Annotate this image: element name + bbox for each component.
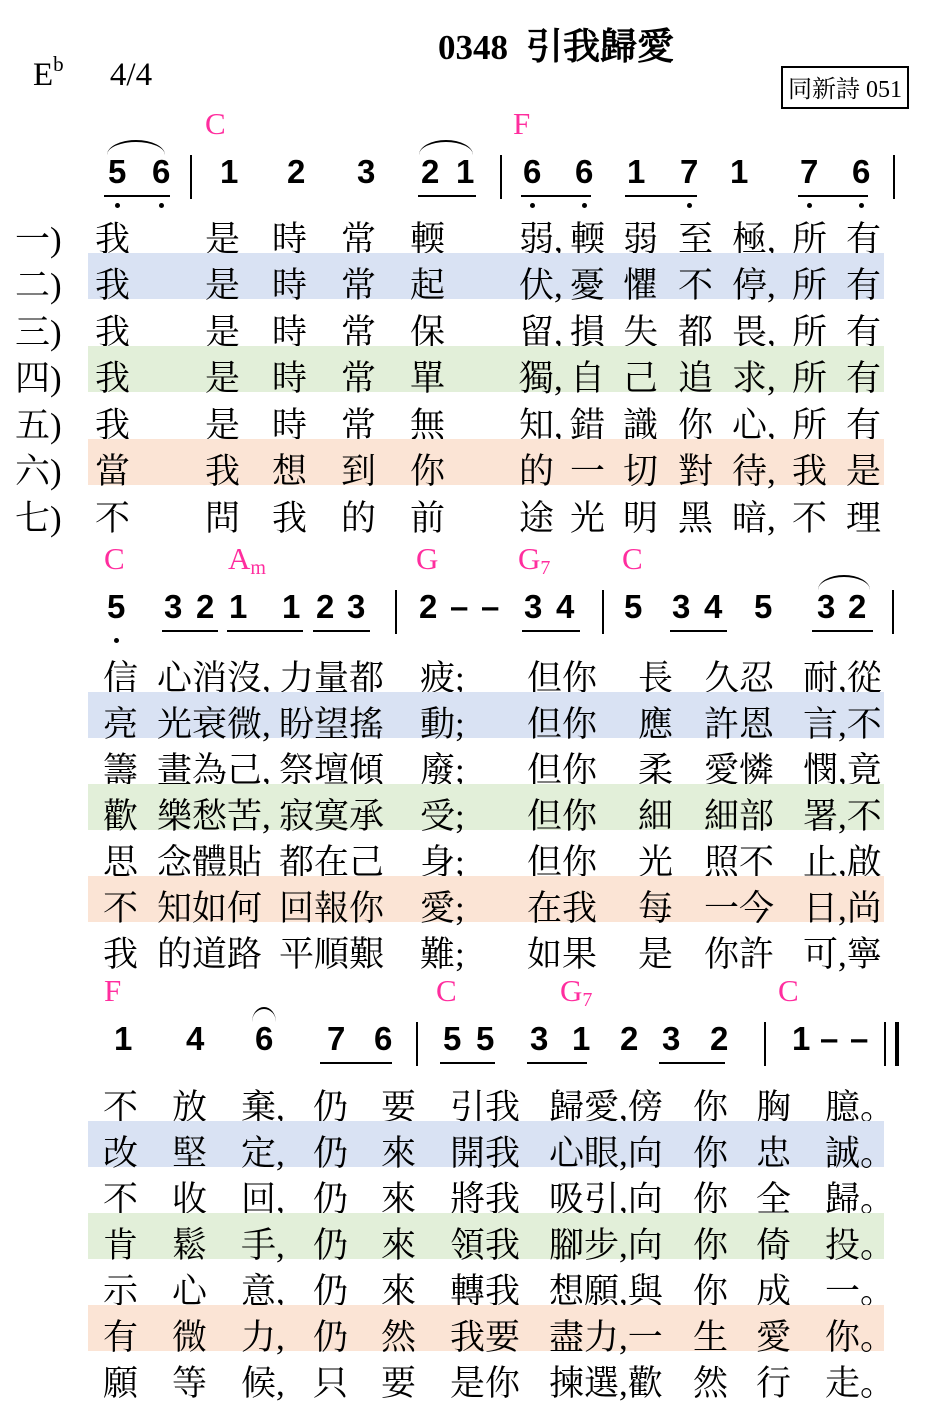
lyric-cell: 言,不 [803,697,882,747]
lyric-row: 三) 我是時常保留,損失都畏,所有 [0,303,928,349]
note-digit: 1 [282,589,300,625]
beam-underline [162,630,218,632]
lyric-cell: 知如何 [157,881,262,931]
lyric-cell: 前 [410,491,445,541]
lyric-cell: 途 [519,491,554,541]
note-digit: 1 [229,589,247,625]
lyric-cell: 願 [103,1356,138,1406]
lyric-cell: 忠 [756,1126,791,1176]
lyric-cell: 仍 [313,1126,348,1176]
beam-underline [527,1062,587,1064]
lyric-cell: 揀選,歡 [549,1356,663,1406]
lyric-cell: 生 [693,1310,728,1360]
lyric-cell: 黑 [678,491,713,541]
lyric-row: 改堅定,仍來開我心眼,向你忠誠。 [0,1124,928,1170]
lyric-cell: 的道路 [157,927,262,977]
lyric-cell: 不 [95,491,130,541]
lyric-row: 二) 我是時常起伏,憂懼不停,所有 [0,256,928,302]
lyric-cell: 你 [693,1126,728,1176]
lyric-row: 願等候,只要是你揀選,歡然行走。 [0,1354,928,1400]
chord-label: C [436,973,457,1012]
note-digit: 3 [662,1021,680,1057]
beam-underline [227,630,303,632]
beam-underline [670,630,727,632]
lyric-cell: 我 [95,258,130,308]
octave-dot [114,638,119,643]
music-line-1: CF 56123216617176 [0,106,928,216]
lyric-cell: 然 [693,1356,728,1406]
note-digit: 2 [196,589,214,625]
lyric-cell: 在我 [527,881,597,931]
lyric-cell: 切 [623,444,658,494]
lyric-cell: 待, [732,444,776,494]
lyric-cell: 暗, [732,491,776,541]
lyric-cell: 常 [341,258,376,308]
note-digit: 7 [680,154,698,190]
lyric-cell: 有 [103,1310,138,1360]
note-digit: 1 [572,1021,590,1057]
octave-dot [687,203,692,208]
lyric-cell: 走。 [825,1356,895,1406]
music-line-3: FCG7C 1467655312321–– [0,973,928,1083]
lyric-cell: 是 [846,444,881,494]
key-flat: b [53,52,64,76]
lyric-cell: 我 [205,444,240,494]
octave-dot [159,203,164,208]
key-signature: Eb 4/4 [33,52,152,94]
note-digit: 5 [107,589,125,625]
lyric-cell: 你 [410,444,445,494]
lyric-cell: 但你 [527,789,597,839]
lyric-cell: 愛 [756,1310,791,1360]
note-digit: 2 [421,154,439,190]
lyric-row: 亮光衰微,盼望搖動;但你應許恩言,不 [0,695,928,741]
note-digit: 7 [800,154,818,190]
octave-dot [115,203,120,208]
note-digit: 6 [374,1021,392,1057]
lyric-cell: 的 [341,491,376,541]
lyric-cell: 腳步,向 [549,1218,663,1268]
music-line-2: CAmGG7C 53211232––34534532 [0,541,928,651]
lyric-cell: 是 [205,351,240,401]
lyric-cell: 是你 [450,1356,520,1406]
lyric-row: 思念體貼都在己身;但你光照不止,啟 [0,833,928,879]
lyric-cell: 時 [272,351,307,401]
lyric-cell: 力, [241,1310,285,1360]
note-digit: 5 [624,589,642,625]
chord-label: F [104,973,121,1012]
chord-label: C [205,106,226,145]
lyric-cell: 問 [205,491,240,541]
lyric-cell: 時 [272,258,307,308]
lyric-cell: 懼 [623,258,658,308]
lyric-cell: 日,尚 [803,881,882,931]
lyric-cell: 想 [272,444,307,494]
lyric-cell: 理 [846,491,881,541]
lyric-cell: 難; [420,927,465,977]
lyric-cell: 所 [792,258,827,308]
beam-underline [313,630,370,632]
note-digit: 1 [792,1021,810,1057]
beam-underline [440,1062,495,1064]
lyric-cell: 你許 [704,927,774,977]
lyric-cell: 署,不 [803,789,882,839]
beam-underline [521,195,591,197]
lyric-cell: 寂寞承 [279,789,384,839]
lyric-cell: 有 [846,351,881,401]
hymn-title-text: 引我歸愛 [526,27,674,68]
note-digit: 5 [108,154,126,190]
chord-label: G7 [560,973,592,1012]
beam-underline [812,630,873,632]
lyric-cell: 一 [570,444,605,494]
beam-underline [320,1062,392,1064]
measure-barline [884,1022,899,1066]
slur-arc [419,140,473,155]
beam-underline [659,1062,725,1064]
note-digit: 7 [327,1021,345,1057]
verse-number: 一) [15,212,62,262]
lyric-cell: 盡力,一 [549,1310,663,1360]
chord-label: G7 [518,541,550,580]
note-digit: 3 [530,1021,548,1057]
lyric-cell: 細部 [704,789,774,839]
lyric-cell: 要 [381,1356,416,1406]
lyric-row: 示心意,仍來轉我想願,與你成一。 [0,1262,928,1308]
lyric-cell: 憂 [570,258,605,308]
note-digit: 1 [730,154,748,190]
lyric-cell: 然 [381,1310,416,1360]
lyric-row: 我的道路平順艱難;如果是你許可,寧 [0,925,928,971]
lyric-cell: 平順艱 [279,927,384,977]
lyric-cell: 應 [638,697,673,747]
time-signature: 4/4 [110,57,152,93]
lyric-row: 信心消沒,力量都疲;但你長久忍耐,從 [0,649,928,695]
lyric-cell: 每 [638,881,673,931]
note-digit: 4 [556,589,574,625]
lyric-row: 有微力,仍然我要盡力,一生愛你。 [0,1308,928,1354]
lyric-cell: 獨, [519,351,563,401]
lyric-cell: 心眼,向 [549,1126,663,1176]
lyric-row: 四) 我是時常單獨,自己追求,所有 [0,349,928,395]
lyric-cell: 動; [420,697,465,747]
lyric-cell: 對 [678,444,713,494]
lyric-cell: 歡 [103,789,138,839]
note-digit: 2 [620,1021,638,1057]
chord-label: G [416,541,438,580]
note-digit: 6 [255,1021,273,1057]
verse-number: 三) [15,305,62,355]
lyric-cell: 倚 [756,1218,791,1268]
note-digit: 6 [575,154,593,190]
lyric-row: 籌畫為己,祭壇傾廢;但你柔愛憐憫,竟 [0,741,928,787]
note-digit: 5 [443,1021,461,1057]
note-digit: – [820,1021,838,1057]
lyric-cell: 常 [341,351,376,401]
beam-underline [625,195,697,197]
lyric-cell: 來 [381,1218,416,1268]
lyric-cell: 誠。 [825,1126,895,1176]
lyric-cell: 只 [313,1356,348,1406]
lyric-cell: 改 [103,1126,138,1176]
note-digit: 6 [523,154,541,190]
verse-number: 四) [15,351,62,401]
note-digit: 3 [524,589,542,625]
note-digit: 5 [754,589,772,625]
lyric-cell: 是 [205,258,240,308]
note-digit: 2 [287,154,305,190]
note-digit: 3 [357,154,375,190]
slur-arc [107,140,165,155]
lyric-cell: 你 [693,1218,728,1268]
measure-barline [764,1022,766,1066]
ref-box: 同新詩 051 [781,66,909,109]
lyric-cell: 定, [241,1126,285,1176]
note-digit: 2 [710,1021,728,1057]
measure-barline [416,1022,418,1066]
lyric-cell: 明 [623,491,658,541]
note-digit: 3 [672,589,690,625]
verse-number: 五) [15,398,62,448]
chord-label: C [778,973,799,1012]
note-digit: – [450,589,468,625]
octave-dot [582,203,587,208]
lyric-cell: 細 [638,789,673,839]
lyric-cell: 我 [103,927,138,977]
lyric-cell: 來 [381,1126,416,1176]
note-digit: 1 [220,154,238,190]
lyric-cell: 到 [341,444,376,494]
note-digit: 2 [316,589,334,625]
lyric-cell: 可,寧 [803,927,882,977]
lyric-cell: 的 [519,444,554,494]
lyric-cell: 不 [792,491,827,541]
octave-dot [859,203,864,208]
lyric-cell: 追 [678,351,713,401]
lyric-row: 不知如何回報你愛;在我每一今日,尚 [0,879,928,925]
note-digit: 1 [456,154,474,190]
lyric-cell: 如果 [527,927,597,977]
lyric-cell: 是 [638,927,673,977]
lyric-cell: 當 [95,444,130,494]
note-digit: 2 [419,589,437,625]
beam-underline [104,195,170,197]
measure-barline [190,155,192,199]
lyric-row: 不放棄,仍要引我歸愛,傍你胸臆。 [0,1078,928,1124]
note-digit: – [850,1021,868,1057]
lyric-cell: 鬆 [172,1218,207,1268]
lyric-cell: 我 [272,491,307,541]
lyric-cell: 伏, [519,258,563,308]
lyric-cell: 回報你 [279,881,384,931]
lyric-cell: 求, [732,351,776,401]
chord-label: Am [228,541,266,580]
lyric-cell: 手, [241,1218,285,1268]
note-digit: 3 [164,589,182,625]
note-digit: 3 [817,589,835,625]
lyric-cell: 我 [95,351,130,401]
lyric-row: 六) 當我想到你的一切對待,我是 [0,442,928,488]
lyric-cell: 停, [732,258,776,308]
key-letter: E [33,57,53,93]
lyric-cell: 不 [103,881,138,931]
note-digit: 6 [852,154,870,190]
lyric-cell: 你。 [825,1310,895,1360]
measure-barline [395,590,397,634]
lyric-row: 歡樂愁苦,寂寞承受;但你細細部署,不 [0,787,928,833]
lyric-cell: 單 [410,351,445,401]
lyric-cell: 不 [678,258,713,308]
lyric-cell: 等 [172,1356,207,1406]
lyric-cell: 己 [623,351,658,401]
lyric-cell: 堅 [172,1126,207,1176]
note-digit: 1 [114,1021,132,1057]
note-digit: 4 [704,589,722,625]
verse-number: 七) [15,491,62,541]
lyric-cell: 一今 [704,881,774,931]
note-digit: 1 [627,154,645,190]
measure-barline [602,590,604,634]
lyric-cell: 仍 [313,1310,348,1360]
slur-arc [252,1007,276,1022]
note-digit: 2 [848,589,866,625]
note-digit: 3 [347,589,365,625]
lyric-cell: 投。 [825,1218,895,1268]
slur-arc [818,575,870,590]
lyric-cell: 候, [241,1356,285,1406]
lyric-cell: 盼望搖 [279,697,384,747]
beam-underline [418,195,476,197]
note-digit: 5 [476,1021,494,1057]
chord-label: C [622,541,643,580]
lyric-cell: 有 [846,258,881,308]
octave-dot [530,203,535,208]
lyric-cell: 光衰微, [157,697,271,747]
verse-number: 六) [15,444,62,494]
note-digit: 4 [186,1021,204,1057]
lyric-row: 七) 不問我的前途光明黑暗,不理 [0,489,928,535]
lyric-cell: 光 [570,491,605,541]
lyric-cell: 受; [420,789,465,839]
lyric-cell: 亮 [103,697,138,747]
lyric-row: 五) 我是時常無知,錯識你心,所有 [0,396,928,442]
measure-barline [500,155,502,199]
beam-underline [522,630,580,632]
note-digit: 6 [152,154,170,190]
lyric-cell: 但你 [527,697,597,747]
lyric-cell: 開我 [450,1126,520,1176]
hymn-sheet: 0348 引我歸愛 Eb 4/4 同新詩 051 CF 561232166171… [0,0,928,1424]
lyric-row: 一) 我是時常輭弱,輭弱至極,所有 [0,210,928,256]
chord-label: F [513,106,530,145]
chord-label: C [104,541,125,580]
hymn-number: 0348 [438,28,508,67]
lyric-cell: 樂愁苦, [157,789,271,839]
lyric-cell: 肯 [103,1218,138,1268]
lyric-cell: 起 [410,258,445,308]
verse-number: 二) [15,258,62,308]
lyric-cell: 我要 [450,1310,520,1360]
lyric-cell: 微 [172,1310,207,1360]
lyric-cell: 許恩 [704,697,774,747]
lyric-cell: 我 [792,444,827,494]
lyric-cell: 愛; [420,881,465,931]
lyric-cell: 仍 [313,1218,348,1268]
lyric-row: 肯鬆手,仍來領我腳步,向你倚投。 [0,1216,928,1262]
lyric-cell: 領我 [450,1218,520,1268]
lyric-cell: 自 [570,351,605,401]
beam-underline [798,195,868,197]
note-digit: – [481,589,499,625]
lyric-row: 不收回,仍來將我吸引,向你全歸。 [0,1170,928,1216]
measure-barline [893,155,895,199]
lyric-cell: 所 [792,351,827,401]
page-title: 0348 引我歸愛 [438,16,674,70]
lyric-cell: 行 [756,1356,791,1406]
octave-dot [807,203,812,208]
measure-barline [892,590,894,634]
